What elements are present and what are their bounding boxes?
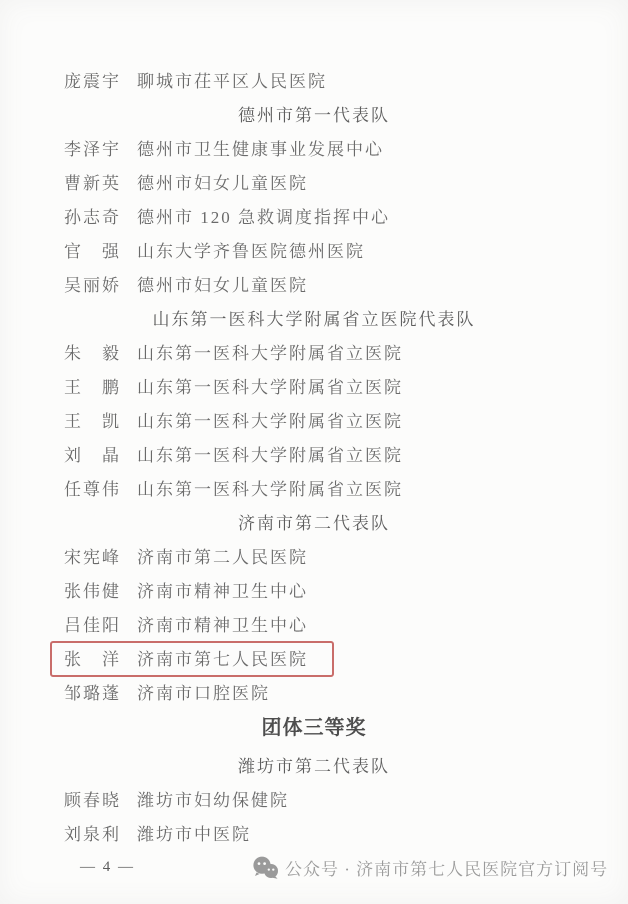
person-organization: 山东第一医科大学附属省立医院 [137,339,403,364]
table-row: 吕佳阳 济南市精神卫生中心 [0,606,628,640]
person-organization: 济南市第二人民医院 [137,543,308,568]
page-number: — 4 — [80,859,135,876]
official-account-watermark: 公众号 · 济南市第七人民医院官方订阅号 [252,855,608,880]
team-header-label: 山东第一医科大学附属省立医院代表队 [153,305,476,330]
table-row: 朱 毅 山东第一医科大学附属省立医院 [0,334,628,368]
person-name: 吴丽娇 [64,271,137,296]
award-section-title: 团体三等奖 [0,708,628,742]
team-header: 济南市第二代表队 [0,504,628,538]
table-row: 顾春晓 潍坊市妇幼保健院 [0,781,628,815]
document-page: 庞震宇 聊城市茌平区人民医院 德州市第一代表队 李泽宇 德州市卫生健康事业发展中… [0,0,628,904]
person-name: 庞震宇 [64,67,137,92]
award-section-title-label: 团体三等奖 [262,711,367,740]
award-list: 庞震宇 聊城市茌平区人民医院 德州市第一代表队 李泽宇 德州市卫生健康事业发展中… [0,62,628,849]
person-name: 朱 毅 [64,339,137,364]
person-organization: 德州市 120 急救调度指挥中心 [137,203,390,228]
person-organization: 德州市卫生健康事业发展中心 [137,135,384,160]
team-header-label: 潍坊市第二代表队 [238,752,390,777]
person-organization: 济南市精神卫生中心 [137,611,308,636]
table-row: 宋宪峰 济南市第二人民医院 [0,538,628,572]
team-header-label: 德州市第一代表队 [238,101,390,126]
table-row: 邹璐蓬 济南市口腔医院 [0,674,628,708]
person-organization: 山东大学齐鲁医院德州医院 [137,237,365,262]
person-name: 邹璐蓬 [64,679,137,704]
table-row: 曹新英 德州市妇女儿童医院 [0,164,628,198]
person-name: 李泽宇 [64,135,137,160]
person-name: 王 凯 [64,407,137,432]
person-name: 孙志奇 [64,203,137,228]
table-row: 王 鹏 山东第一医科大学附属省立医院 [0,368,628,402]
person-name: 顾春晓 [64,786,137,811]
person-name: 王 鹏 [64,373,137,398]
person-organization: 聊城市茌平区人民医院 [137,67,327,92]
table-row: 李泽宇 德州市卫生健康事业发展中心 [0,130,628,164]
team-header: 德州市第一代表队 [0,96,628,130]
table-row: 刘泉利 潍坊市中医院 [0,815,628,849]
page-footer: — 4 — 公众号 · 济南市第七人民医院官方订阅号 [0,853,628,887]
person-organization: 济南市第七人民医院 [137,645,308,670]
team-header: 山东第一医科大学附属省立医院代表队 [0,300,628,334]
person-name: 官 强 [64,237,137,262]
person-organization: 山东第一医科大学附属省立医院 [137,407,403,432]
person-name: 张伟健 [64,577,137,602]
table-row: 张伟健 济南市精神卫生中心 [0,572,628,606]
person-name: 刘 晶 [64,441,137,466]
table-row: 吴丽娇 德州市妇女儿童医院 [0,266,628,300]
person-organization: 德州市妇女儿童医院 [137,271,308,296]
table-row: 孙志奇 德州市 120 急救调度指挥中心 [0,198,628,232]
team-header: 潍坊市第二代表队 [0,747,628,781]
person-organization: 潍坊市中医院 [137,820,251,845]
person-name: 任尊伟 [64,475,137,500]
person-organization: 山东第一医科大学附属省立医院 [137,475,403,500]
person-organization: 济南市精神卫生中心 [137,577,308,602]
table-row: 任尊伟 山东第一医科大学附属省立医院 [0,470,628,504]
person-organization: 山东第一医科大学附属省立医院 [137,441,403,466]
person-organization: 潍坊市妇幼保健院 [137,786,289,811]
person-name: 刘泉利 [64,820,137,845]
person-organization: 山东第一医科大学附属省立医院 [137,373,403,398]
person-organization: 济南市口腔医院 [137,679,270,704]
table-row: 官 强 山东大学齐鲁医院德州医院 [0,232,628,266]
person-organization: 德州市妇女儿童医院 [137,169,308,194]
person-name: 宋宪峰 [64,543,137,568]
team-header-label: 济南市第二代表队 [238,509,390,534]
person-name: 吕佳阳 [64,611,137,636]
person-name: 曹新英 [64,169,137,194]
table-row: 王 凯 山东第一医科大学附属省立医院 [0,402,628,436]
watermark-text: 公众号 · 济南市第七人民医院官方订阅号 [285,855,608,880]
wechat-icon [252,856,279,879]
table-row: 刘 晶 山东第一医科大学附属省立医院 [0,436,628,470]
table-row: 庞震宇 聊城市茌平区人民医院 [0,62,628,96]
person-name: 张 洋 [64,645,137,670]
table-row-highlighted: 张 洋 济南市第七人民医院 [0,640,628,674]
